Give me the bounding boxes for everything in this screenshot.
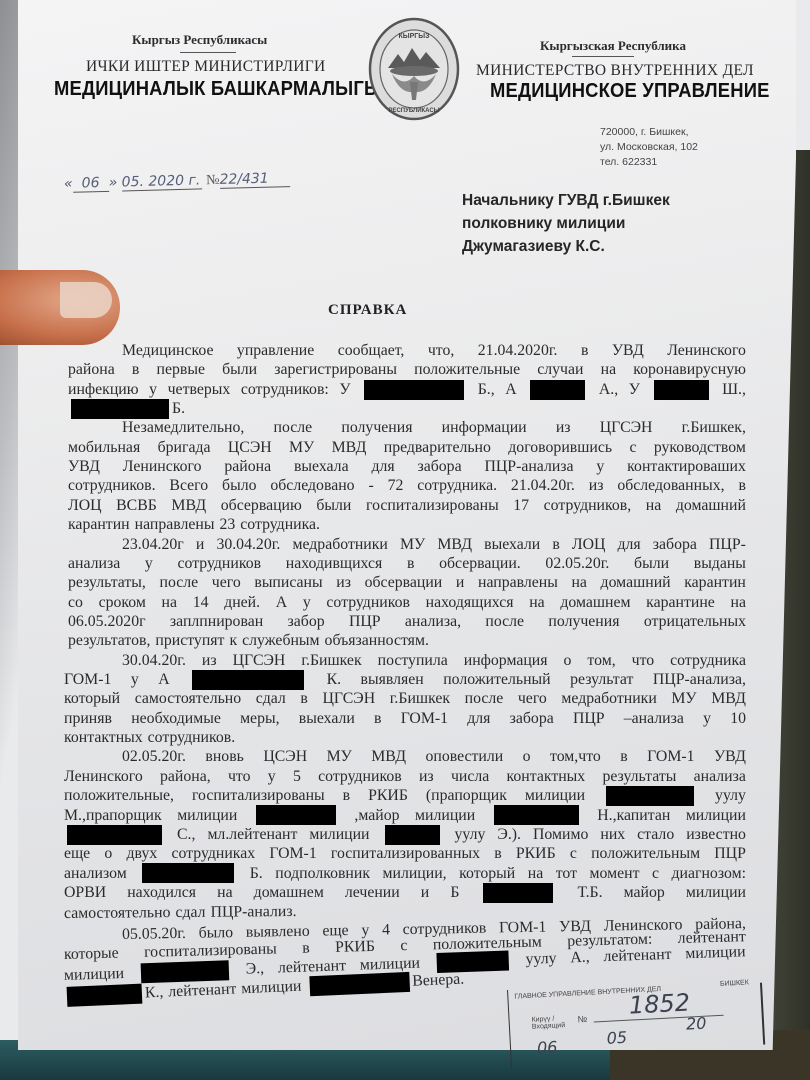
body-word: МВД	[171, 496, 206, 515]
body-word: что,	[428, 341, 455, 360]
body-word: приступят	[155, 631, 224, 650]
stamp-number-label: №	[577, 1014, 587, 1024]
body-word: забора	[510, 709, 554, 728]
header-address: 720000, г. Бишкек, ул. Московская, 102 т…	[600, 125, 698, 170]
body-word: положительные	[414, 360, 520, 379]
body-word: контактных	[507, 767, 586, 786]
header-left-ministry: ИЧКИ ИШТЕР МИНИСТИРЛИГИ	[86, 58, 326, 76]
body-word: были	[316, 496, 351, 515]
body-word: у	[596, 457, 604, 476]
body-line: Незамедлительно,послеполученияинформации…	[122, 418, 746, 437]
body-word: что	[228, 767, 251, 786]
addressee-block: Начальнику ГУВД г.Бишкек полковнику мили…	[462, 189, 670, 258]
body-word: 10	[730, 709, 746, 728]
body-word: результаты,	[68, 573, 146, 592]
body-word: Ш.,	[722, 380, 746, 399]
body-word: 05.05.20г.	[122, 923, 186, 944]
body-word: из	[202, 651, 217, 670]
body-word: самостоятельно	[135, 689, 241, 708]
body-word: МУ	[671, 689, 696, 708]
header-left-country: Кыргыз Республикасы	[132, 32, 267, 48]
body-word: том,	[587, 651, 615, 670]
body-word: Помимо	[533, 825, 588, 844]
body-word: 21.04.2020г.	[478, 341, 558, 360]
body-word: ОРВИ	[64, 883, 106, 902]
body-word: МУ	[289, 438, 314, 457]
redaction-block	[530, 380, 585, 400]
body-word: обсервации	[365, 573, 443, 592]
body-word: анализа	[694, 767, 746, 786]
body-word: ПЦР	[573, 709, 605, 728]
body-word: которые	[64, 944, 119, 965]
body-word: милиции	[241, 977, 302, 999]
body-line: ещеодвухсотрудникахГОМ-1госпитализирован…	[64, 844, 746, 863]
body-word: них	[600, 825, 625, 844]
body-word: милиции	[686, 806, 746, 825]
body-word: выявляен	[361, 670, 424, 689]
body-word: обсервации.	[439, 554, 521, 573]
body-word: ЛОЦ	[572, 535, 606, 554]
body-word: результаты	[602, 767, 676, 786]
body-word: сообщает,	[338, 341, 405, 360]
body-word: 30.04.20г.	[122, 651, 186, 670]
document-title: СПРАВКА	[328, 302, 407, 319]
body-word: ЦГСЭН	[600, 418, 653, 437]
body-word: выехала	[294, 457, 349, 476]
redaction-block	[256, 805, 336, 825]
body-word: к	[229, 631, 237, 650]
body-word: о	[564, 651, 572, 670]
body-word: в	[494, 844, 501, 863]
body-line: Б.	[68, 399, 746, 419]
stamp-date-month: 05	[606, 1028, 627, 1048]
body-word: милиции	[525, 786, 585, 805]
body-word: А	[505, 380, 516, 399]
body-word: забор	[288, 612, 325, 631]
redaction-block	[192, 670, 304, 690]
body-line: С.,мл.лейтенантмилицииуулуЭ.).Помимонихс…	[64, 825, 746, 845]
body-word: коронавирусную	[633, 360, 746, 379]
body-word: ПЦР	[714, 844, 746, 863]
body-word: объязанностям.	[325, 631, 429, 650]
stamp-date-day: 06	[537, 1037, 558, 1057]
body-word: 02.05.20г.	[122, 747, 186, 766]
redaction-block	[67, 984, 143, 1007]
body-word: ЦГСЭН	[322, 689, 375, 708]
body-word: Б.,	[478, 380, 495, 399]
body-word: г.Бишкек	[301, 651, 361, 670]
body-line: анализаусотрудниковнаходивщихсявобсервац…	[68, 554, 746, 573]
body-word: 30.04.20г.	[216, 535, 280, 554]
body-word: ГОМ-1	[64, 670, 111, 689]
body-line: сотрудников.Всегобылообследовано-72сотру…	[68, 476, 746, 495]
body-word: ПЦР-анализ.	[210, 902, 296, 922]
body-word: который	[64, 689, 120, 708]
body-word: случаи	[537, 360, 583, 379]
body-word: в	[552, 535, 559, 554]
body-word: получения	[341, 418, 412, 437]
body-word: со	[68, 593, 83, 612]
body-word: положительным	[591, 844, 700, 863]
body-word: тот	[556, 864, 577, 883]
body-word: на	[646, 496, 661, 515]
body-word: Ленинского	[123, 457, 202, 476]
body-word: приняв	[64, 709, 112, 728]
body-word: Венера.	[412, 970, 465, 992]
body-word: договорившись	[508, 438, 612, 457]
body-word: и	[196, 535, 204, 554]
body-word: У	[629, 380, 640, 399]
body-word: милиции	[309, 825, 369, 844]
body-word: К.,	[144, 983, 163, 1003]
number-label: №	[206, 173, 220, 188]
body-word: руководством	[654, 438, 746, 457]
body-word: из	[589, 476, 604, 495]
body-word: обсервацию	[221, 496, 302, 515]
body-word: о	[523, 747, 531, 766]
body-word: района	[224, 457, 271, 476]
body-word: ЛОЦ	[68, 496, 102, 515]
body-word: А	[276, 593, 287, 612]
body-word: заплпнирован	[170, 612, 263, 631]
date-quote-open: «	[64, 176, 73, 192]
body-word: анализом	[64, 864, 127, 883]
body-word: милиции,	[383, 864, 447, 883]
body-word: 14	[193, 593, 209, 612]
body-line: контактныхсотрудников.	[64, 728, 746, 747]
body-word: управление	[237, 341, 314, 360]
body-line: принявнеобходимыемеры,выехаливГОМ-1дляза…	[64, 709, 746, 728]
body-word: на	[217, 883, 232, 902]
body-word: выехали	[299, 709, 355, 728]
stamp-number: 1852	[628, 988, 690, 1019]
header-right-department: МЕДИЦИНСКОЕ УПРАВЛЕНИЕ	[490, 80, 770, 103]
body-word: Ленинского	[667, 341, 746, 360]
body-word: сотрудников.	[148, 728, 236, 747]
addressee-line: Начальнику ГУВД г.Бишкек	[462, 189, 670, 212]
body-word: 02.05.20г.	[545, 554, 609, 573]
body-word: положительные,	[64, 786, 174, 805]
body-word: для	[618, 535, 641, 554]
body-word: сроком	[99, 593, 146, 612]
body-word: сотрудниках	[171, 844, 255, 863]
body-word: сотрудников.	[68, 476, 156, 495]
body-word: на	[571, 573, 586, 592]
redaction-block	[385, 825, 440, 845]
body-word: сотрудников	[178, 554, 262, 573]
body-word: –анализа	[624, 709, 684, 728]
body-word: МУ	[400, 535, 425, 554]
body-word: выписаны	[254, 573, 322, 592]
body-word: мобильная	[68, 438, 140, 457]
body-word: выехали	[484, 535, 540, 554]
body-word: Э.).	[497, 825, 521, 844]
body-word: на	[529, 593, 544, 612]
body-word: было	[199, 923, 234, 943]
body-word: на	[162, 593, 177, 612]
body-word: ГОМ-1	[647, 747, 694, 766]
body-word: для	[371, 457, 394, 476]
body-word: получения	[548, 612, 619, 631]
body-word: меры,	[240, 709, 279, 728]
body-word: находящихся	[426, 593, 514, 612]
body-word: направлены	[135, 515, 215, 534]
body-word: Незамедлительно,	[122, 418, 244, 437]
body-word: находивщихся	[286, 554, 383, 573]
body-word: направлены	[478, 573, 558, 592]
body-word: из	[336, 573, 351, 592]
body-word: результатов,	[68, 631, 150, 650]
body-line: 30.04.20г.изЦГСЭНг.Бишкекпоступилаинформ…	[122, 651, 746, 670]
body-word: домашний	[676, 496, 746, 515]
svg-text:РЕСПУБЛИКАСЫ: РЕСПУБЛИКАСЫ	[388, 108, 439, 114]
stamp-incoming-label: Кирүү / Входящий	[531, 1015, 572, 1031]
body-word: из	[556, 418, 571, 437]
body-word: А	[158, 670, 169, 689]
body-line: которыйсамостоятельносдалвЦГСЭНг.Бишкекп…	[64, 689, 746, 708]
state-emblem-icon: КЫРГЫЗ РЕСПУБЛИКАСЫ	[366, 16, 462, 122]
body-word: контактироваших	[627, 457, 746, 476]
body-word: домашнем	[560, 593, 630, 612]
body-word: 5	[293, 767, 301, 786]
body-line: положительные,госпитализированывРКИБ(пра…	[64, 786, 746, 806]
body-word: МВД	[437, 535, 472, 554]
body-word: района	[68, 360, 115, 379]
body-word: госпитализированных	[331, 844, 480, 863]
body-word: Всего	[169, 476, 208, 495]
body-word: бригада	[158, 438, 211, 457]
body-word: с	[629, 438, 636, 457]
body-line: ЛОЦВСВБМВДобсервациюбылигоспитализирован…	[68, 496, 746, 515]
body-word: района,	[160, 767, 211, 786]
body-word: том,что	[550, 747, 601, 766]
body-word: ВСВБ	[116, 496, 157, 515]
body-word: диагнозом:	[672, 864, 746, 883]
body-word: 23.04.20г	[122, 535, 184, 554]
body-word: карантине	[646, 593, 715, 612]
body-word: сотрудника.	[417, 476, 497, 495]
body-word: у	[145, 554, 153, 573]
body-word: лечении	[345, 883, 400, 902]
body-word: сотрудников,	[544, 496, 632, 515]
svg-text:КЫРГЫЗ: КЫРГЫЗ	[398, 33, 430, 40]
body-word: С.,	[177, 825, 195, 844]
body-word: и	[421, 883, 429, 902]
body-word: забора	[653, 535, 697, 554]
body-word: 06.05.2020г	[68, 612, 146, 631]
stamp-date-year: 20	[686, 1014, 707, 1034]
body-line: Медицинскоеуправлениесообщает,что,21.04.…	[122, 341, 746, 360]
body-word: 17	[513, 496, 529, 515]
body-line: сосрокомна14дней.Аусотрудниковнаходящихс…	[68, 593, 746, 612]
body-word: (прапорщик	[426, 786, 507, 805]
body-word: служебным	[242, 631, 319, 650]
body-word: что	[632, 651, 655, 670]
body-word: после	[274, 418, 313, 437]
body-word: после	[160, 573, 199, 592]
redaction-block	[654, 380, 709, 400]
body-word: карантин	[68, 515, 130, 534]
body-word: ЦСЭН	[228, 438, 272, 457]
body-word: момент	[590, 864, 640, 883]
body-word: у	[303, 593, 311, 612]
registration-stamp: ГЛАВНОЕ УПРАВЛЕНИЕ ВНУТРЕННИХ ДЕЛ БИШКЕК…	[507, 976, 772, 1070]
body-word: самостоятельно	[64, 903, 171, 923]
body-word: сдал	[175, 902, 205, 922]
redaction-block	[67, 825, 162, 845]
header-right-country: Кыргызская Республика	[540, 38, 686, 54]
body-word: милиции	[415, 806, 475, 825]
body-word: у	[131, 670, 139, 689]
body-word: информация	[464, 651, 548, 670]
body-word: ЦГСЭН	[233, 651, 286, 670]
body-word: вновь	[205, 747, 243, 766]
body-line: анализомБ.подполковникмилиции,которыйнат…	[64, 863, 746, 883]
body-word: ЦСЭН	[263, 747, 307, 766]
body-line: карантиннаправлены23сотрудника.	[68, 515, 746, 534]
body-word: А.,	[599, 380, 618, 399]
body-line: ГОМ-1уАК.выявляенположительныйрезультатП…	[64, 670, 746, 690]
redaction-block	[364, 380, 464, 400]
body-word: известно	[686, 825, 746, 844]
body-word: госпитализированы	[192, 786, 325, 805]
body-word: мл.лейтенант	[207, 825, 297, 844]
body-word: предварительно	[384, 438, 491, 457]
body-word: МВД	[371, 747, 406, 766]
body-word: в	[407, 554, 414, 573]
photo-thumbnail	[60, 282, 112, 318]
body-word: анализа	[68, 554, 120, 573]
body-word: милиции	[177, 806, 237, 825]
body-word: У	[339, 380, 350, 399]
body-word: УВД	[68, 457, 100, 476]
body-word: РКИБ	[368, 786, 408, 805]
document-number: 22/431	[219, 170, 289, 189]
body-word: РКИБ	[516, 844, 556, 863]
body-word: стало	[637, 825, 674, 844]
body-word: результат	[570, 670, 633, 689]
body-word: у	[268, 767, 276, 786]
body-word: который	[459, 864, 515, 883]
body-word: дней.	[224, 593, 260, 612]
body-word: медработники	[292, 535, 387, 554]
date-quote-close: »	[108, 175, 117, 191]
body-line: 02.05.20г.вновьЦСЭНМУМВДоповестилиотом,ч…	[122, 747, 746, 766]
body-word: МВД	[332, 438, 367, 457]
body-line: результаты,послечеговыписаныизобсервации…	[68, 573, 746, 592]
body-word: после	[485, 612, 524, 631]
body-word: на	[528, 864, 543, 883]
body-word: 23	[219, 515, 235, 534]
stamp-border-right	[760, 983, 765, 1045]
body-word: К.	[327, 670, 342, 689]
body-word: Н.,капитан	[597, 806, 670, 825]
body-line: районавпервыебылизарегистрированыположит…	[68, 360, 746, 379]
body-word: сотрудников:	[241, 380, 329, 399]
body-word: г.Бишкек,	[682, 418, 746, 437]
body-word: медработники	[561, 689, 656, 708]
stamp-header-right: БИШКЕК	[720, 979, 749, 988]
body-word: поступила	[378, 651, 448, 670]
body-word: лейтенант	[168, 980, 237, 1002]
body-word: информации	[442, 418, 527, 437]
body-word: и	[456, 573, 464, 592]
body-word: сдал	[256, 689, 286, 708]
redaction-block	[606, 786, 694, 806]
body-word: о	[104, 844, 112, 863]
body-word: госпитализированы	[366, 496, 499, 515]
body-word: МУ	[327, 747, 352, 766]
body-word: анализа,	[405, 612, 461, 631]
date-month-year: 05. 2020 г.	[121, 172, 201, 191]
body-word: Б.	[172, 399, 185, 418]
body-word: домашний	[601, 573, 671, 592]
body-word: положительный	[443, 670, 550, 689]
address-line: 720000, г. Бишкек,	[600, 125, 698, 140]
body-word: выданы	[694, 554, 746, 573]
header-left-department: МЕДИЦИНАЛЫК БАШКАРМАЛЫГЫ	[54, 78, 382, 101]
body-word: уулу	[715, 786, 746, 805]
header-right-ministry: МИНИСТЕРСТВО ВНУТРЕННИХ ДЕЛ	[476, 62, 754, 80]
body-word: Э.,	[245, 960, 264, 980]
addressee-line: полковнику милиции	[462, 212, 670, 235]
body-word: г.Бишкек	[390, 689, 450, 708]
body-word: 72	[388, 476, 404, 495]
body-word: в	[343, 786, 350, 805]
body-word: числа	[451, 767, 489, 786]
body-line: мобильнаябригадаЦСЭНМУМВДпредварительнод…	[68, 438, 746, 457]
body-line: Ленинскогорайона,чтоу5сотрудниковизчисла…	[64, 767, 746, 786]
body-word: ПЦР-анализа,	[653, 670, 746, 689]
body-word: чего	[212, 573, 241, 592]
body-word: было	[222, 476, 256, 495]
body-word: в	[300, 689, 307, 708]
body-word: МВД	[711, 689, 746, 708]
date-day: 06	[72, 175, 108, 193]
body-word: карантин	[684, 573, 746, 592]
body-word: Ленинского	[64, 767, 143, 786]
address-line: ул. Московская, 102	[600, 140, 698, 155]
body-line: М.,прапорщикмилиции,майормилицииН.,капит…	[64, 805, 746, 825]
body-word: контактных	[64, 728, 143, 747]
body-word: подполковник	[275, 864, 370, 883]
body-word: Медицинское	[122, 341, 213, 360]
body-word: необходимые	[131, 709, 221, 728]
body-word: в	[738, 476, 745, 495]
body-word: ПЦР	[349, 612, 381, 631]
body-line: УВДЛенинскогорайонавыехаладлязабораПЦР-а…	[68, 457, 746, 476]
body-word: милиции	[64, 964, 125, 985]
body-word: обследованных,	[617, 476, 724, 495]
body-word: у	[703, 709, 711, 728]
redaction-block	[494, 805, 579, 825]
redaction-block	[142, 863, 234, 883]
body-word: были	[634, 554, 669, 573]
body-word: были	[222, 360, 257, 379]
body-word: с	[570, 844, 577, 863]
body-word: сотрудников	[326, 593, 410, 612]
body-line: 23.04.20ги30.04.20г.медработникиМУМВДвые…	[122, 535, 746, 554]
header-right-divider	[572, 56, 634, 57]
body-line: инфекциюучетверыхсотрудников:УБ.,АА.,УШ.…	[68, 380, 746, 400]
body-word: инфекцию	[68, 380, 139, 399]
body-word: домашнем	[254, 883, 324, 902]
body-word: УВД	[612, 341, 644, 360]
body-line: 06.05.2020гзаплпнированзаборПЦРанализа,п…	[68, 612, 746, 631]
body-word: в	[374, 709, 381, 728]
body-word: на	[730, 593, 745, 612]
address-line: тел. 622331	[600, 155, 698, 170]
